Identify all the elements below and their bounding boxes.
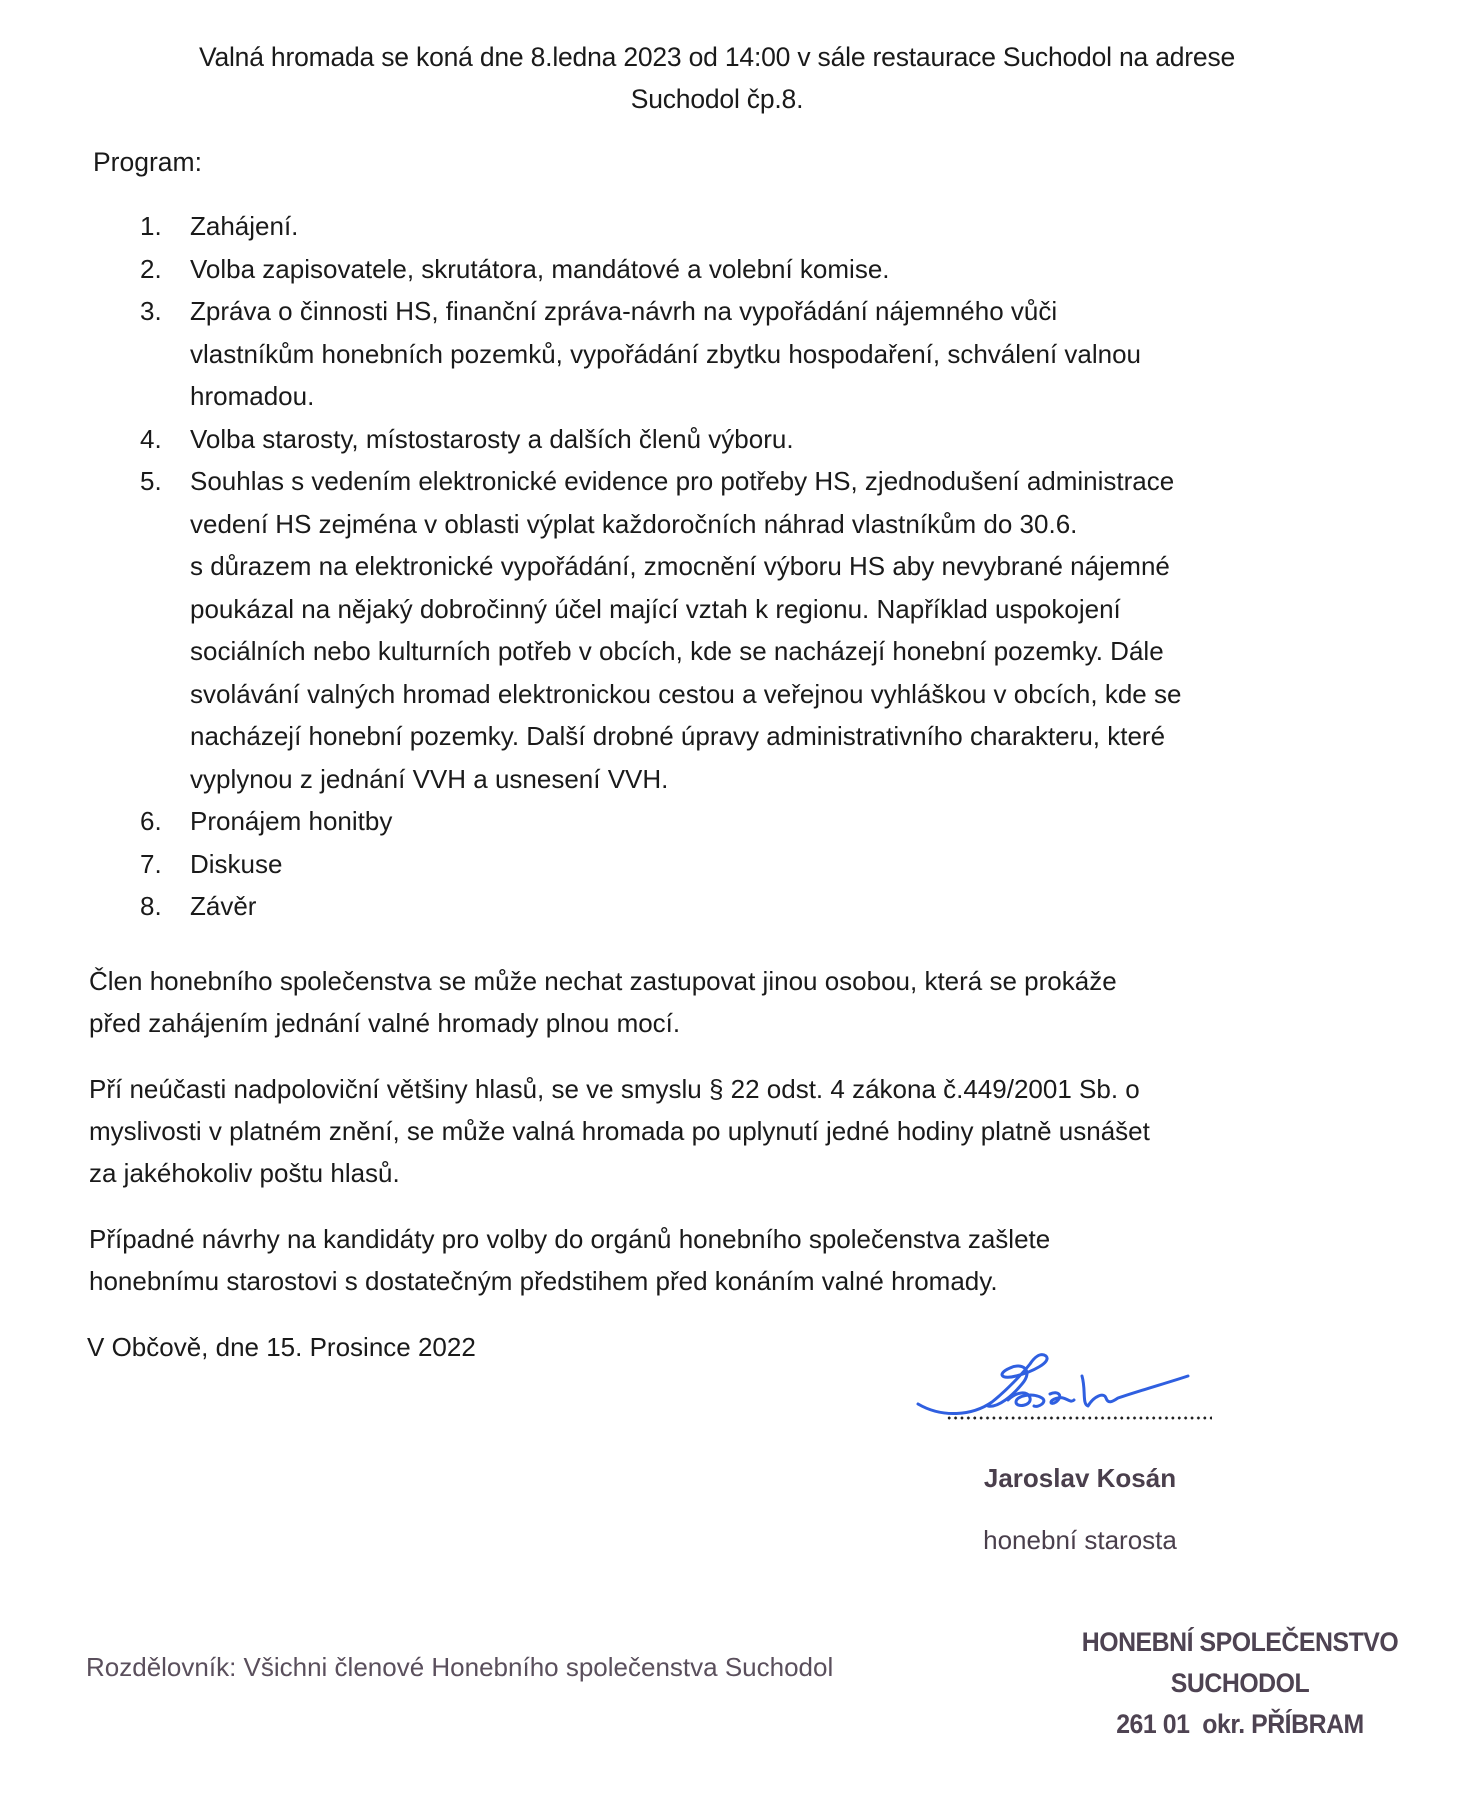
agenda-item-number: 2. — [140, 248, 162, 291]
agenda-item: 7.Diskuse — [140, 843, 1360, 886]
agenda-item-text: poukázal na nějaký dobročinný účel majíc… — [190, 588, 1360, 631]
agenda-item-text: Volba starosty, místostarosty a dalších … — [190, 418, 1360, 461]
candidates-paragraph: Případné návrhy na kandidáty pro volby d… — [89, 1218, 1379, 1302]
agenda-item-text: vyplynou z jednání VVH a usnesení VVH. — [190, 758, 1360, 801]
agenda-item-text: Souhlas s vedením elektronické evidence … — [190, 460, 1360, 503]
agenda-item-number: 7. — [140, 843, 162, 886]
agenda-item-text: vlastníkům honebních pozemků, vypořádání… — [190, 333, 1360, 376]
agenda-item-number: 1. — [140, 205, 162, 248]
announcement-line-2: Suchodol čp.8. — [92, 78, 1342, 120]
agenda-item-number: 8. — [140, 885, 162, 928]
meeting-announcement: Valná hromada se koná dne 8.ledna 2023 o… — [92, 36, 1342, 120]
paragraph-line: Případné návrhy na kandidáty pro volby d… — [89, 1218, 1379, 1260]
agenda-item-text: Pronájem honitby — [190, 800, 1360, 843]
stamp-line-2: SUCHODOL — [1047, 1663, 1433, 1704]
stamp-line-1: HONEBNÍ SPOLEČENSTVO — [1047, 1622, 1433, 1663]
proxy-paragraph: Člen honebního společenstva se může nech… — [89, 960, 1379, 1044]
agenda-item-text: svolávání valných hromad elektronickou c… — [190, 673, 1360, 716]
agenda-item-text: vedení HS zejména v oblasti výplat každo… — [190, 503, 1360, 546]
paragraph-line: za jakéhokoliv poštu hlasů. — [89, 1152, 1379, 1194]
agenda-item-text: sociálních nebo kulturních potřeb v obcí… — [190, 630, 1360, 673]
program-label: Program: — [93, 141, 202, 183]
agenda-item-number: 4. — [140, 418, 162, 461]
agenda-item: 8.Závěr — [140, 885, 1360, 928]
agenda-item-text: Diskuse — [190, 843, 1360, 886]
agenda-item-text: hromadou. — [190, 375, 1360, 418]
paragraph-line: myslivosti v platném znění, se může valn… — [89, 1110, 1379, 1152]
document-page: Valná hromada se koná dne 8.ledna 2023 o… — [0, 0, 1482, 1796]
agenda-item-number: 6. — [140, 800, 162, 843]
agenda-item: 4.Volba starosty, místostarosty a dalšíc… — [140, 418, 1360, 461]
paragraph-line: honebnímu starostovi s dostatečným předs… — [89, 1260, 1379, 1302]
distribution-list: Rozdělovník: Všichni členové Honebního s… — [86, 1652, 833, 1683]
announcement-line-1: Valná hromada se koná dne 8.ledna 2023 o… — [92, 36, 1342, 78]
signer-name: Jaroslav Kosán — [940, 1463, 1220, 1494]
agenda-item-number: 5. — [140, 460, 162, 503]
agenda-item: 1.Zahájení. — [140, 205, 1360, 248]
agenda-item-text: Zahájení. — [190, 205, 1360, 248]
agenda-item-text: s důrazem na elektronické vypořádání, zm… — [190, 545, 1360, 588]
agenda-item-text: Závěr — [190, 885, 1360, 928]
handwritten-signature — [912, 1346, 1212, 1436]
agenda-item-text: nacházejí honební pozemky. Další drobné … — [190, 715, 1360, 758]
agenda-item: 2.Volba zapisovatele, skrutátora, mandát… — [140, 248, 1360, 291]
stamp-line-3: 261 01 okr. PŘÍBRAM — [1047, 1704, 1433, 1745]
agenda-item-text: Zpráva o činnosti HS, finanční zpráva-ná… — [190, 290, 1360, 333]
signer-title: honební starosta — [940, 1525, 1220, 1556]
agenda-list: 1.Zahájení.2.Volba zapisovatele, skrutát… — [140, 205, 1360, 928]
paragraph-line: Člen honebního společenstva se může nech… — [89, 960, 1379, 1002]
agenda-item: 5.Souhlas s vedením elektronické evidenc… — [140, 460, 1360, 800]
organization-stamp: HONEBNÍ SPOLEČENSTVO SUCHODOL 261 01 okr… — [1047, 1622, 1433, 1745]
place-and-date: V Občově, dne 15. Prosince 2022 — [87, 1326, 476, 1368]
signature-line — [946, 1416, 1212, 1420]
paragraph-line: před zahájením jednání valné hromady pln… — [89, 1002, 1379, 1044]
agenda-item: 3.Zpráva o činnosti HS, finanční zpráva-… — [140, 290, 1360, 418]
agenda-item: 6.Pronájem honitby — [140, 800, 1360, 843]
agenda-item-number: 3. — [140, 290, 162, 333]
agenda-item-text: Volba zapisovatele, skrutátora, mandátov… — [190, 248, 1360, 291]
paragraph-line: Pří neúčasti nadpoloviční většiny hlasů,… — [89, 1068, 1379, 1110]
quorum-paragraph: Pří neúčasti nadpoloviční většiny hlasů,… — [89, 1068, 1379, 1194]
